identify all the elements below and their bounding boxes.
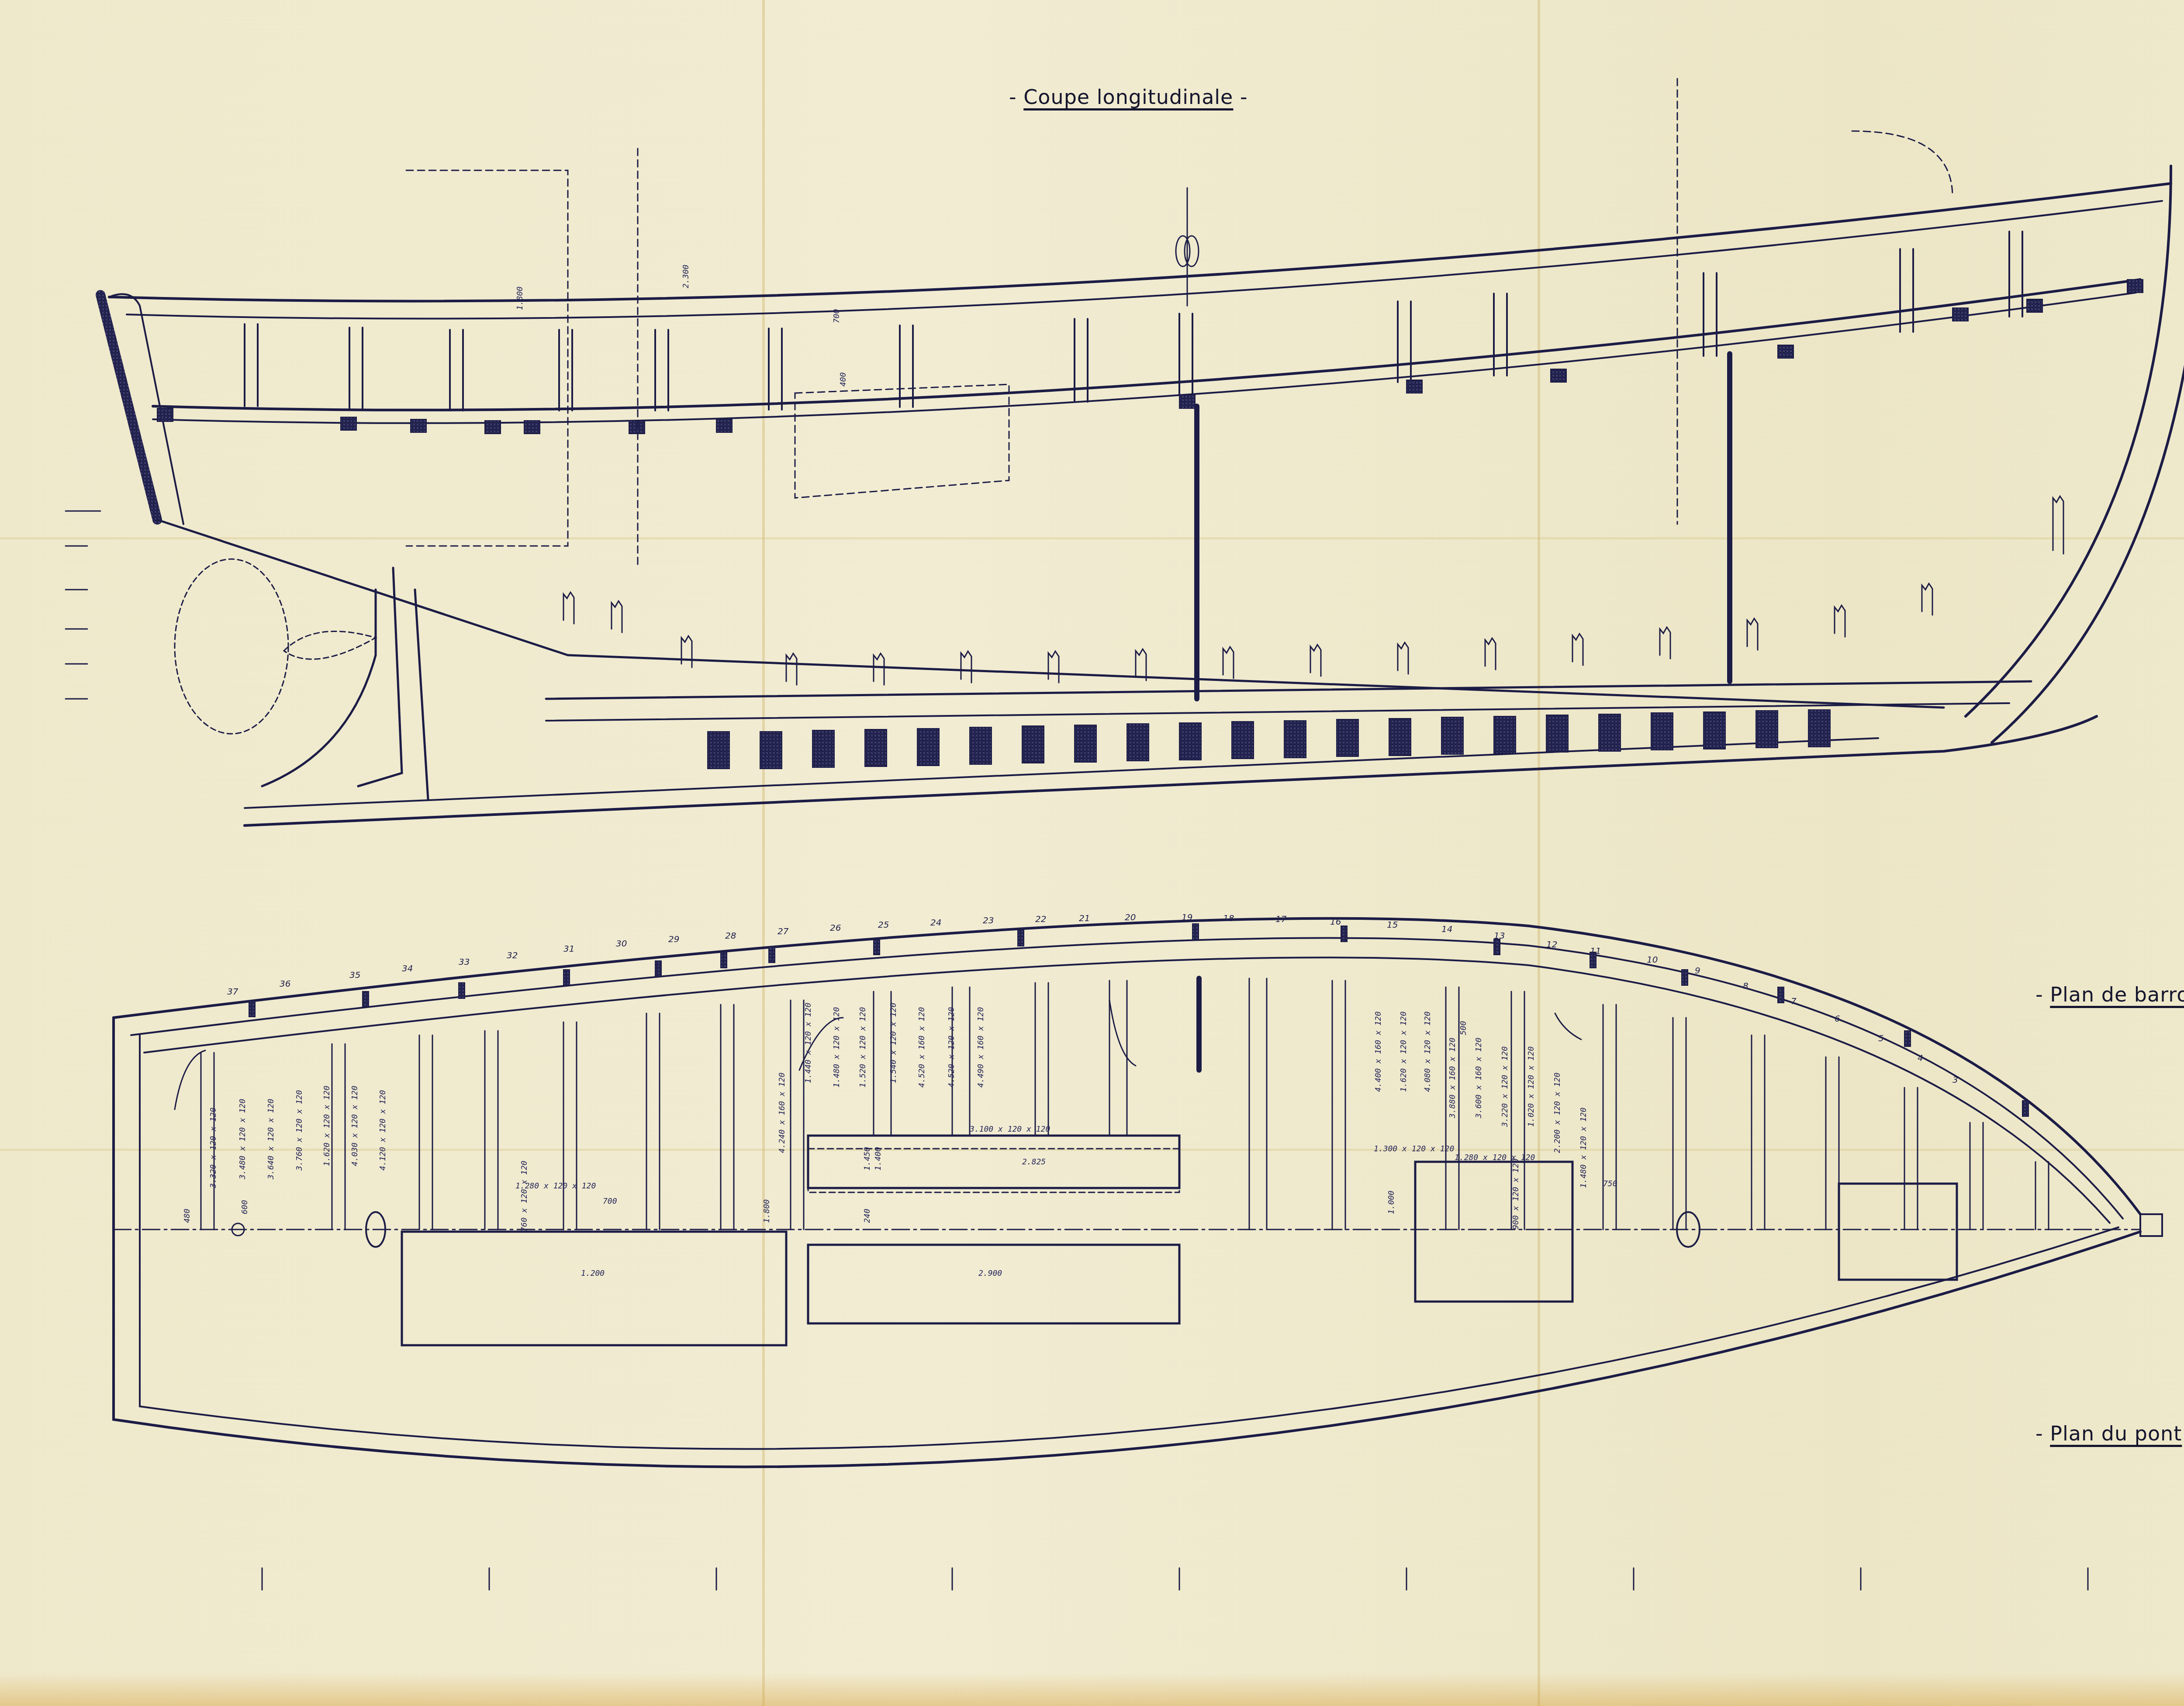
beam-dimension: 4.120 x 120 x 120 [378,1090,387,1171]
frame-number: 11 [1590,946,1601,956]
beam-dimension: 4.490 x 160 x 120 [976,1007,985,1088]
beam-dimension: 1.480 x 120 x 120 [832,1007,841,1088]
frame-number: 30 [616,938,627,949]
beam-dimension: 4.080 x 120 x 120 [1423,1012,1432,1092]
frame-number: 15 [1387,919,1398,930]
beam-dimension: 3.220 x 120 x 120 [1500,1046,1510,1127]
longitudinal-section [66,79,2184,825]
beam-dimension: 3.480 x 120 x 120 [238,1099,247,1179]
frame-number: 18 [1223,913,1234,923]
frame-number: 37 [227,986,238,997]
beam-dimension: 3.760 x 120 x 120 [295,1090,304,1171]
beam-dimension: 2.200 x 120 x 120 [1553,1073,1562,1153]
beam-dimension: 4.030 x 120 x 120 [350,1086,359,1166]
plan-dimension: 500 [1459,1021,1468,1035]
beam-dimension: 3.640 x 120 x 120 [266,1099,276,1179]
beam-dimension: 4.520 x 120 x 120 [947,1007,956,1088]
beam-dimension: 1.440 x 120 x 120 [804,1003,813,1083]
plan-dimension: 2.825 [1022,1157,1046,1167]
plan-dimension: 750 [1603,1179,1617,1188]
plan-dimension: 700 [603,1197,617,1206]
plan-dimension: 1.300 x 120 x 120 [1374,1144,1454,1153]
frame-number: 27 [778,926,788,936]
frame-number: 24 [930,917,941,928]
beam-dimension: 3.600 x 160 x 120 [1474,1038,1483,1118]
frame-number: 36 [280,978,290,989]
frame-number: 20 [1125,912,1136,922]
frame-number: 8 [1743,981,1749,991]
frame-number: 14 [1441,924,1452,934]
frame-number: 19 [1182,912,1192,922]
plan-dimension: 1.450 [863,1147,872,1171]
plan-view [114,919,2162,1590]
plan-dimension: 2.900 [978,1269,1002,1278]
dash: - [1240,85,1248,109]
plan-dimension: 1.200 [581,1269,605,1278]
plan-dimension: 1.280 x 120 x 120 [1455,1153,1535,1162]
beam-dimension: 1.480 x 120 x 120 [1579,1108,1588,1188]
beam-dimension: 4.240 x 160 x 120 [778,1073,787,1153]
beam-dimension: 4.400 x 160 x 120 [1374,1012,1383,1092]
frame-number: 7 [1791,996,1797,1006]
frame-number: 3 [1952,1074,1958,1085]
dimension-label: 2.300 [681,265,691,288]
frame-number: 34 [402,963,413,974]
plan-dimension: 600 [240,1200,249,1214]
beam-dimension: 1.540 x 120 x 120 [889,1003,898,1083]
beam-dimension: 4.520 x 160 x 120 [917,1007,926,1088]
frame-number: 13 [1494,930,1505,941]
frame-number: 22 [1035,914,1046,924]
dash: - [2035,1422,2043,1445]
frame-number: 10 [1647,954,1658,965]
label-text: Plan de barrotage [2050,983,2184,1006]
frame-number: 31 [563,943,574,954]
frame-number: 23 [983,915,994,926]
frame-number: 12 [1546,939,1557,950]
plan-dimension: 760 x 120 x 120 [520,1160,529,1232]
plan-dimension: 240 [863,1209,872,1223]
dimension-label: 700 [832,309,841,323]
plan-dimension: 1.400 [874,1147,883,1171]
beam-dimension: 1.620 x 120 x 120 [1399,1012,1408,1092]
view-title-longitudinal-section: - Coupe longitudinale - [1009,85,1248,109]
beam-dimension: 3.320 x 120 x 120 [209,1108,218,1188]
label-text: Plan du pont [2050,1422,2182,1445]
frame-number: 5 [1878,1033,1884,1043]
frame-number: 21 [1079,913,1090,923]
plan-dimension: 480 [183,1209,192,1223]
plan-dimension: 900 x 120 x 120 [1511,1158,1521,1229]
frame-number: 4 [1918,1053,1923,1063]
plan-dimension: 1.000 [1387,1191,1396,1214]
dimension-label: 1.800 [515,287,525,310]
frame-number: 35 [349,970,360,980]
plan-dimension: 3.100 x 120 x 120 [970,1125,1050,1134]
frame-number: 28 [725,930,736,941]
frame-number: 26 [830,922,841,933]
label-text: Coupe longitudinale [1023,85,1233,109]
frame-number: 9 [1695,965,1700,976]
frame-number: 6 [1835,1013,1840,1024]
frame-number: 29 [668,934,679,944]
beam-dimension: 3.880 x 160 x 120 [1448,1038,1457,1118]
frame-number: 32 [507,950,518,960]
frame-number: 16 [1330,916,1341,927]
dash: - [1009,85,1017,109]
frame-number: 33 [459,957,470,967]
plan-dimension: 1.800 [762,1199,771,1223]
dimension-label: 400 [839,372,848,387]
frame-number: 17 [1275,914,1286,924]
dash: - [2035,983,2043,1006]
view-title-deck-plan: - Plan du pont - [2035,1422,2184,1445]
beam-dimension: 1.020 x 120 x 120 [1527,1046,1536,1127]
beam-dimension: 1.620 x 120 x 120 [322,1086,332,1166]
beam-dimension: 1.520 x 120 x 120 [858,1007,867,1088]
view-title-beam-plan: - Plan de barrotage - [2035,983,2184,1006]
technical-drawing [0,0,2184,1706]
frame-number: 25 [878,919,889,930]
